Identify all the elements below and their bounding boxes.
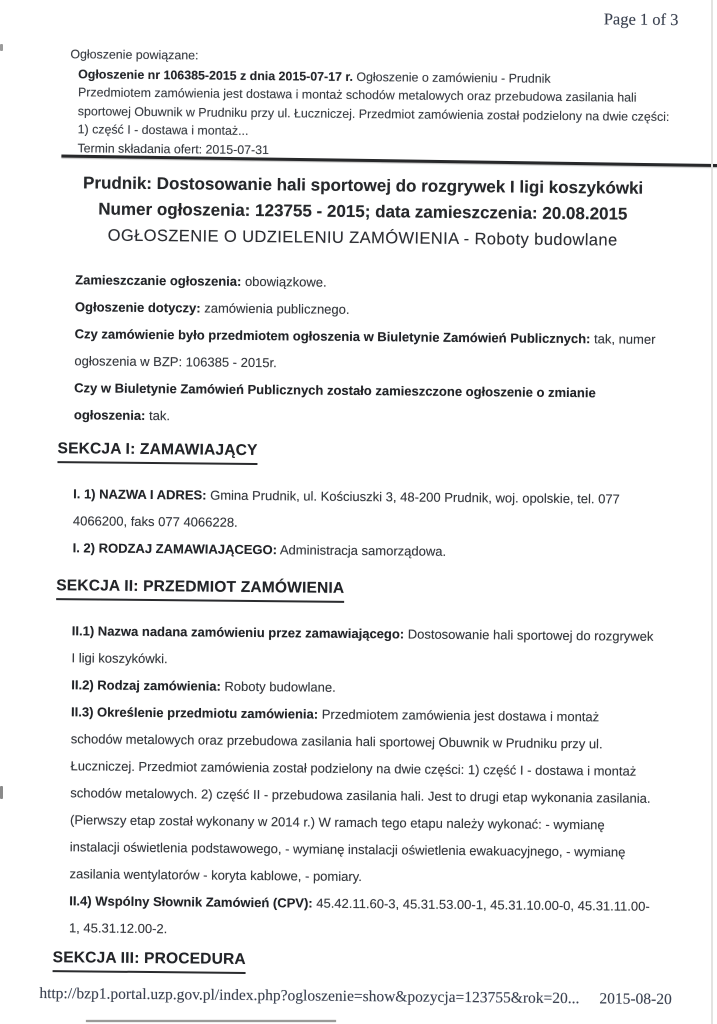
title-line-3: OGŁOSZENIE O UDZIELENIU ZAMÓWIENIA - Rob… [33, 222, 693, 255]
section-1-item: I. 2) RODZAJ ZAMAWIAJĄCEGO: Administracj… [73, 534, 655, 567]
section-2-item: II.4) Wspólny Słownik Zamówień (CPV): 45… [69, 887, 651, 947]
field-label: I. 2) RODZAJ ZAMAWIAJĄCEGO: [73, 540, 278, 557]
intro-item: Czy zamówienie było przedmiotem ogłoszen… [74, 320, 656, 380]
field-label: Czy zamówienie było przedmiotem ogłoszen… [75, 326, 591, 346]
field-label: II.2) Rodzaj zamówienia: [71, 677, 221, 693]
document-body: Zamieszczanie ogłoszenia: obowiązkowe. O… [52, 266, 661, 995]
field-value: Przedmiotem zamówienia jest dostawa i mo… [69, 707, 650, 884]
section-2-heading: SEKCJA II: PRZEDMIOT ZAMÓWIENIA [56, 575, 658, 606]
section-1-heading: SEKCJA I: ZAMAWIAJĄCY [57, 438, 659, 469]
page-indicator: Page 1 of 3 [604, 9, 679, 30]
scanned-page: Page 1 of 3 Ogłoszenie powiązane: Ogłosz… [0, 0, 717, 1024]
related-reference-type: Ogłoszenie o zamówieniu - Prudnik [353, 70, 551, 86]
section-2-item: II.1) Nazwa nadana zamówieniu przez zama… [71, 617, 653, 677]
document-title: Prudnik: Dostosowanie hali sportowej do … [33, 170, 694, 255]
field-label: Zamieszczanie ogłoszenia: [75, 272, 241, 289]
section-3-heading: SEKCJA III: PROCEDURA [53, 947, 655, 978]
related-reference-number: Ogłoszenie nr 106385-2015 z dnia 2015-07… [78, 67, 353, 84]
section-1-body: I. 1) NAZWA I ADRES: Gmina Prudnik, ul. … [57, 480, 660, 567]
related-announcement-block: Ogłoszenie powiązane: Ogłoszenie nr 1063… [69, 45, 670, 163]
intro-block: Zamieszczanie ogłoszenia: obowiązkowe. O… [58, 266, 662, 434]
field-value: Roboty budowlane. [221, 679, 336, 695]
scan-artifact-left-mark [0, 44, 3, 51]
section-1-item: I. 1) NAZWA I ADRES: Gmina Prudnik, ul. … [73, 480, 655, 540]
field-label: II.1) Nazwa nadana zamówieniu przez zama… [72, 623, 404, 641]
field-value: zamówienia publicznego. [201, 300, 350, 316]
scanned-document-viewport: { "colors": { "paper": "#ffffff", "ink":… [0, 0, 717, 1024]
related-description: Przedmiotem zamówienia jest dostawa i mo… [78, 83, 671, 144]
field-value: tak. [145, 408, 170, 423]
intro-item: Czy w Biuletynie Zamówień Publicznych zo… [74, 374, 656, 434]
footer-date: 2015-08-20 [599, 990, 671, 1008]
field-label: Ogłoszenie dotyczy: [75, 299, 201, 315]
section-2-body: II.1) Nazwa nadana zamówieniu przez zama… [53, 617, 658, 947]
field-value: obowiązkowe. [241, 274, 326, 290]
field-label: II.3) Określenie przedmiotu zamówienia: [71, 704, 318, 721]
section-2-item: II.3) Określenie przedmiotu zamówienia: … [69, 698, 653, 893]
field-label: I. 1) NAZWA I ADRES: [73, 486, 207, 502]
field-label: II.4) Wspólny Słownik Zamówień (CPV): [69, 893, 313, 910]
field-value: Administracja samorządowa. [277, 542, 446, 559]
